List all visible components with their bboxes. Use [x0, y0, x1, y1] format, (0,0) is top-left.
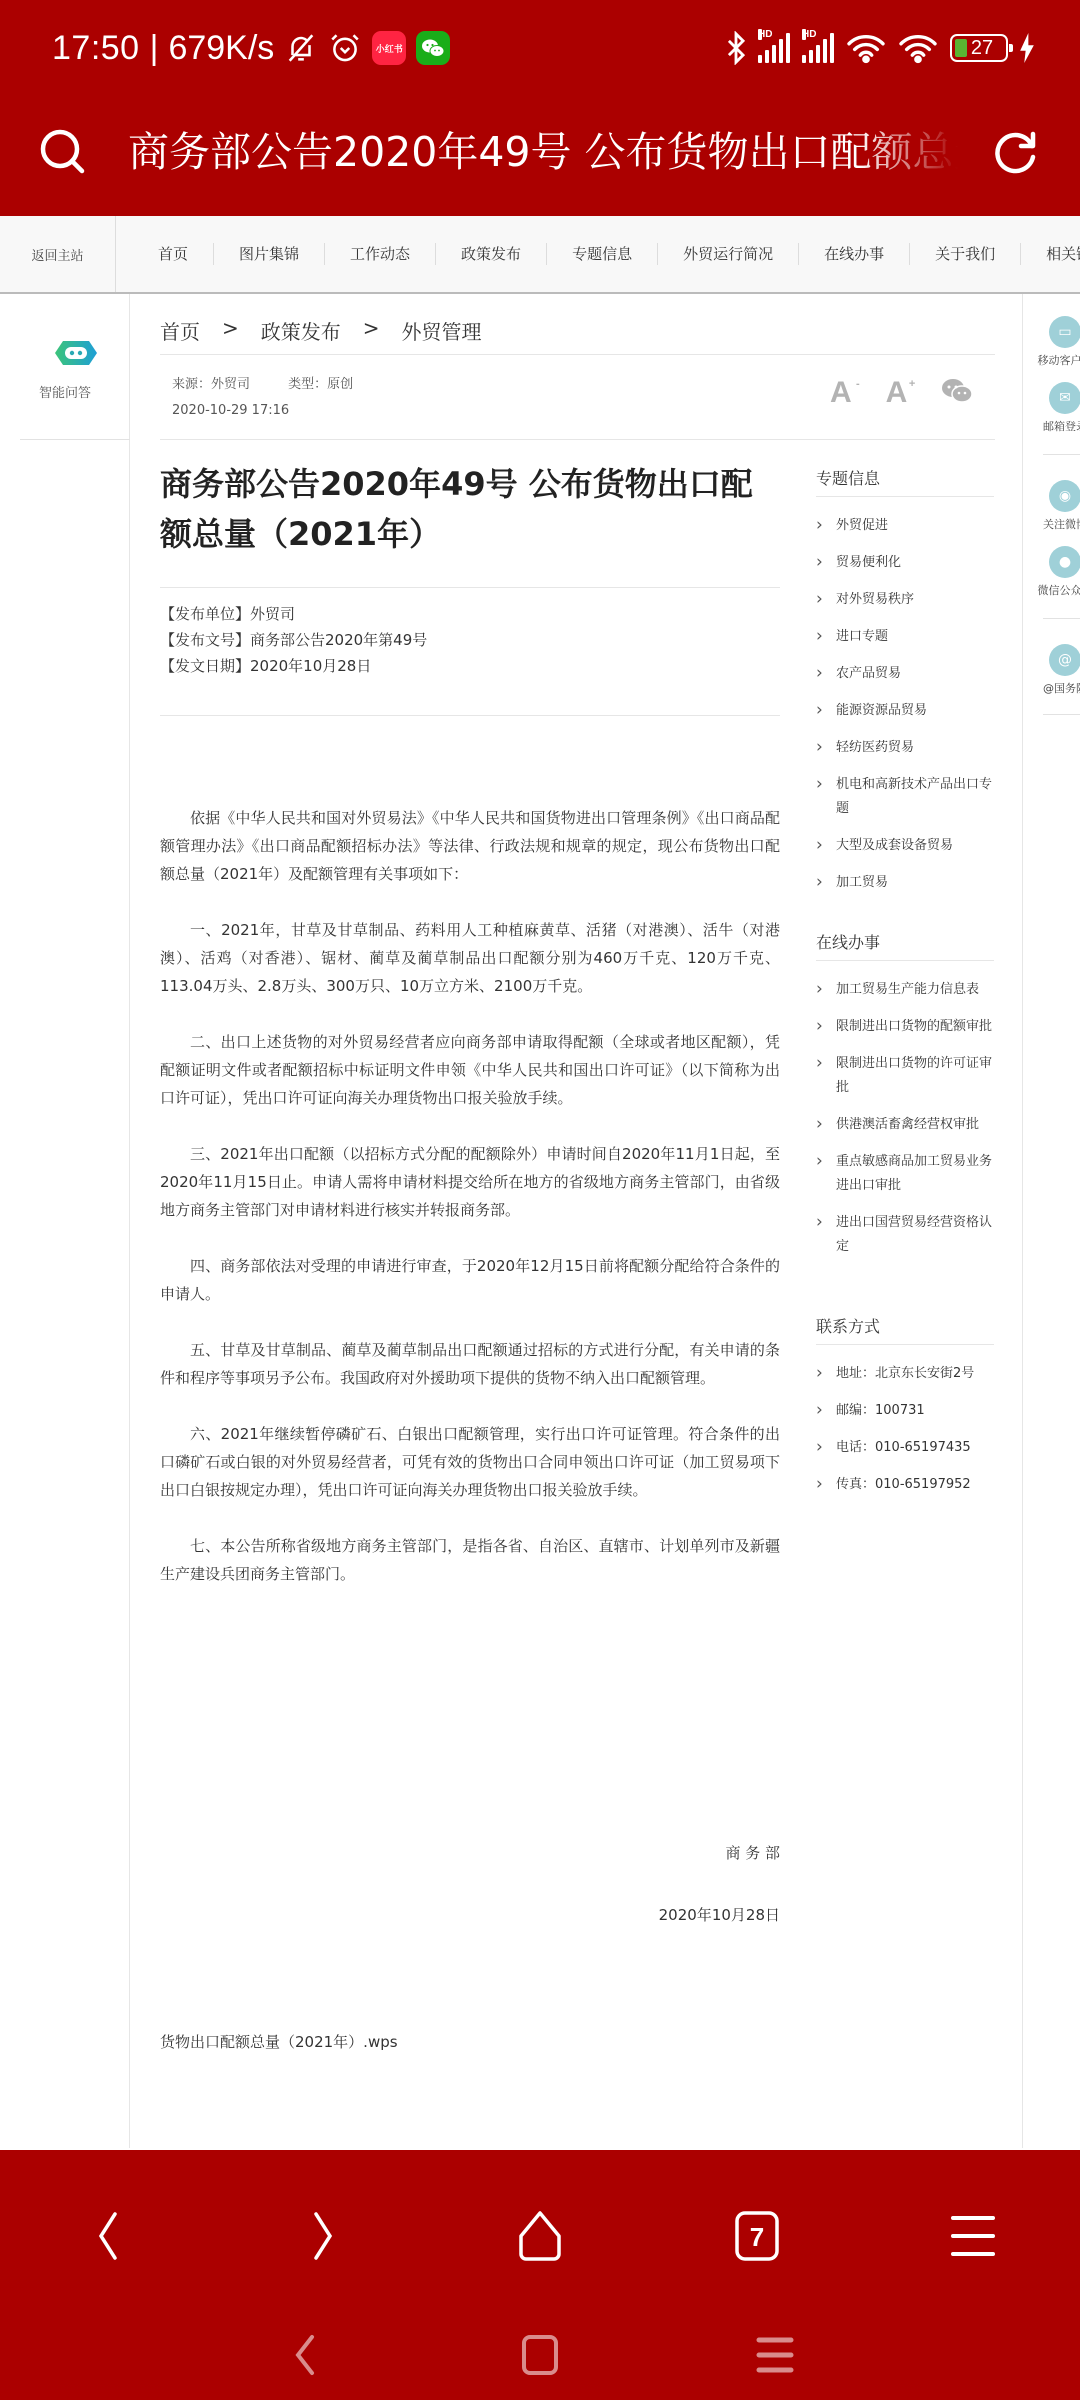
divider [20, 439, 130, 440]
service-link[interactable]: 限制进出口货物的配额审批 [816, 1015, 996, 1039]
topic-link[interactable]: 机电和高新技术产品出口专题 [816, 773, 996, 821]
bell-muted-icon [284, 31, 318, 65]
nav-item-home[interactable]: 首页 [116, 243, 214, 265]
nav-item-policy[interactable]: 政策发布 [436, 243, 547, 265]
contact-list: 地址：北京东长安街2号 邮编：100731 电话：010-65197435 传真… [816, 1362, 996, 1510]
paragraph: 依据《中华人民共和国对外贸易法》《中华人民共和国货物进出口管理条例》《出口商品配… [160, 804, 780, 888]
nav-item-work-news[interactable]: 工作动态 [325, 243, 436, 265]
contact-heading: 联系方式 [816, 1314, 996, 1337]
back-icon[interactable] [78, 2206, 138, 2266]
service-link[interactable]: 加工贸易生产能力信息表 [816, 978, 996, 1002]
divider [160, 715, 780, 716]
issue-date: 【发文日期】2020年10月28日 [160, 653, 427, 679]
paragraph: 一、2021年，甘草及甘草制品、药料用人工种植麻黄草、活猪（对港澳）、活牛（对港… [160, 916, 780, 1000]
online-services-list: 加工贸易生产能力信息表 限制进出口货物的配额审批 限制进出口货物的许可证审批 供… [816, 978, 996, 1272]
topic-link[interactable]: 能源资源品贸易 [816, 699, 996, 723]
status-separator: | [150, 29, 159, 68]
contact-fax: 传真：010-65197952 [816, 1473, 996, 1497]
wifi-hotspot-icon [898, 31, 938, 65]
topic-link[interactable]: 加工贸易 [816, 871, 996, 895]
page-content: 智能问答 ▭ 移动客户端 ✉ 邮箱登录 ◉ 关注微博 ● 微信公众号 @ @国务… [0, 294, 1080, 2148]
topic-link[interactable]: 对外贸易秩序 [816, 588, 996, 612]
paragraph: 四、商务部依法对受理的申请进行审查，于2020年12月15日前将配额分配给符合条… [160, 1252, 780, 1308]
service-link[interactable]: 限制进出口货物的许可证审批 [816, 1052, 996, 1100]
page-title-in-url[interactable]: 商务部公告2020年49号 公布货物出口配额总量（2021年） [128, 126, 958, 178]
smart-qa-label: 智能问答 [0, 382, 130, 401]
nav-item-topics[interactable]: 专题信息 [547, 243, 658, 265]
breadcrumb-policy[interactable]: 政策发布 [261, 316, 341, 345]
svg-text:7: 7 [750, 2222, 764, 2252]
divider [1043, 454, 1080, 455]
article-meta: 来源：外贸司 类型：原创 2020-10-29 17:16 [172, 372, 387, 424]
wechat-account-link[interactable]: ● 微信公众号 [1023, 546, 1080, 598]
right-rail: ▭ 移动客户端 ✉ 邮箱登录 ◉ 关注微博 ● 微信公众号 @ @国务院 [1022, 294, 1080, 2148]
paragraph: 五、甘草及甘草制品、蔺草及蔺草制品出口配额通过招标的方式进行分配，有关申请的条件… [160, 1336, 780, 1392]
font-smaller-button[interactable]: A- [830, 376, 852, 410]
tabs-button[interactable]: 7 [727, 2206, 787, 2266]
menu-icon[interactable] [943, 2206, 1003, 2266]
mail-icon: ✉ [1049, 382, 1080, 414]
weibo-follow-link[interactable]: ◉ 关注微博 [1023, 480, 1080, 532]
article-source: 来源：外贸司 [172, 377, 250, 392]
browser-top-chrome: 17:50 | 679K/s 小红书 HD HD [0, 0, 1080, 216]
site-nav-bar: 返回主站 首页 图片集锦 工作动态 政策发布 专题信息 外贸运行简况 在线办事 … [0, 216, 1080, 294]
reload-icon[interactable] [990, 126, 1042, 178]
article-title: 商务部公告2020年49号 公布货物出口配额总量（2021年） [160, 459, 780, 559]
breadcrumb-separator: > [222, 316, 239, 345]
forward-icon[interactable] [293, 2206, 353, 2266]
contact-address: 地址：北京东长安街2号 [816, 1362, 996, 1386]
mail-login-link[interactable]: ✉ 邮箱登录 [1023, 382, 1080, 434]
home-icon[interactable] [510, 2206, 570, 2266]
nav-item-trade-overview[interactable]: 外贸运行简况 [658, 243, 799, 265]
signal-hd-1-icon: HD [758, 33, 790, 63]
topic-link[interactable]: 贸易便利化 [816, 551, 996, 575]
article-datetime: 2020-10-29 17:16 [172, 398, 387, 424]
topic-link[interactable]: 进口专题 [816, 625, 996, 649]
nav-item-online-services[interactable]: 在线办事 [799, 243, 910, 265]
nav-item-gallery[interactable]: 图片集锦 [214, 243, 325, 265]
system-back-icon[interactable] [280, 2330, 330, 2380]
topic-link[interactable]: 农产品贸易 [816, 662, 996, 686]
service-link[interactable]: 重点敏感商品加工贸易业务进出口审批 [816, 1150, 996, 1198]
divider [1043, 714, 1080, 715]
state-council-link[interactable]: @ @国务院 [1023, 644, 1080, 696]
topic-link[interactable]: 外贸促进 [816, 514, 996, 538]
system-home-icon[interactable] [515, 2330, 565, 2380]
article-type: 类型：原创 [288, 377, 353, 392]
divider [1043, 618, 1080, 619]
signal-hd-2-icon: HD [802, 33, 834, 63]
document-info: 【发布单位】外贸司 【发布文号】商务部公告2020年第49号 【发文日期】202… [160, 601, 427, 679]
network-speed: 679K/s [168, 29, 274, 68]
paragraph: 二、出口上述货物的对外贸易经营者应向商务部申请取得配额（全球或者地区配额），凭配… [160, 1028, 780, 1112]
paragraph: 七、本公告所称省级地方商务主管部门，是指各省、自治区、直辖市、计划单列市及新疆生… [160, 1532, 780, 1588]
service-link[interactable]: 供港澳活畜禽经营权审批 [816, 1113, 996, 1137]
online-services-heading: 在线办事 [816, 930, 996, 953]
article-tools: A- A+ [830, 376, 973, 410]
nav-item-related-links[interactable]: 相关链接 [1021, 243, 1080, 265]
battery-level: 27 [952, 37, 1006, 60]
attachment-link[interactable]: 货物出口配额总量（2021年）.wps [160, 2031, 398, 2052]
alarm-icon [328, 31, 362, 65]
wifi-link-icon [846, 31, 886, 65]
browser-bottom-toolbar: 7 [0, 2150, 1080, 2400]
nav-item-about[interactable]: 关于我们 [910, 243, 1021, 265]
mobile-icon: ▭ [1049, 316, 1080, 348]
battery-icon: 27 [950, 34, 1008, 62]
back-to-main-site-link[interactable]: 返回主站 [0, 216, 116, 292]
xiaohongshu-app-icon: 小红书 [372, 31, 406, 65]
charging-icon [1020, 33, 1034, 63]
breadcrumb: 首页 > 政策发布 > 外贸管理 [160, 316, 482, 345]
status-bar: 17:50 | 679K/s 小红书 HD HD [0, 0, 1080, 96]
clock: 17:50 [52, 29, 140, 68]
bluetooth-icon [726, 31, 746, 65]
mobile-client-link[interactable]: ▭ 移动客户端 [1023, 316, 1080, 368]
topic-link[interactable]: 轻纺医药贸易 [816, 736, 996, 760]
topics-heading: 专题信息 [816, 466, 996, 489]
topics-list: 外贸促进 贸易便利化 对外贸易秩序 进口专题 农产品贸易 能源资源品贸易 轻纺医… [816, 514, 996, 908]
address-bar[interactable]: 商务部公告2020年49号 公布货物出口配额总量（2021年） [0, 112, 1080, 192]
weibo-icon: ◉ [1049, 480, 1080, 512]
divider [160, 354, 995, 355]
search-icon[interactable] [38, 127, 88, 177]
wechat-share-icon[interactable] [941, 377, 973, 409]
article-body: 依据《中华人民共和国对外贸易法》《中华人民共和国货物进出口管理条例》《出口商品配… [160, 804, 780, 1616]
divider [160, 439, 995, 440]
robot-icon[interactable] [55, 339, 97, 367]
left-rail: 智能问答 [0, 294, 130, 2148]
paragraph: 六、2021年继续暂停磷矿石、白银出口配额管理，实行出口许可证管理。符合条件的出… [160, 1420, 780, 1504]
wechat-icon: ● [1049, 546, 1080, 578]
breadcrumb-separator: > [363, 316, 380, 345]
contact-phone: 电话：010-65197435 [816, 1436, 996, 1460]
paragraph: 三、2021年出口配额（以招标方式分配的配额除外）申请时间自2020年11月1日… [160, 1140, 780, 1224]
breadcrumb-trade-management[interactable]: 外贸管理 [402, 316, 482, 345]
system-recents-icon[interactable] [750, 2330, 800, 2380]
signature-date: 2020年10月28日 [160, 1904, 780, 1925]
font-larger-button[interactable]: A+ [886, 376, 908, 410]
document-number: 【发布文号】商务部公告2020年第49号 [160, 627, 427, 653]
at-icon: @ [1049, 644, 1080, 676]
topic-link[interactable]: 大型及成套设备贸易 [816, 834, 996, 858]
signature: 商 务 部 [160, 1842, 780, 1863]
contact-postcode: 邮编：100731 [816, 1399, 996, 1423]
wechat-app-icon [416, 31, 450, 65]
publish-unit: 【发布单位】外贸司 [160, 601, 427, 627]
service-link[interactable]: 进出口国营贸易经营资格认定 [816, 1211, 996, 1259]
divider [160, 587, 780, 588]
tabs-icon: 7 [734, 2210, 780, 2262]
breadcrumb-home[interactable]: 首页 [160, 316, 200, 345]
